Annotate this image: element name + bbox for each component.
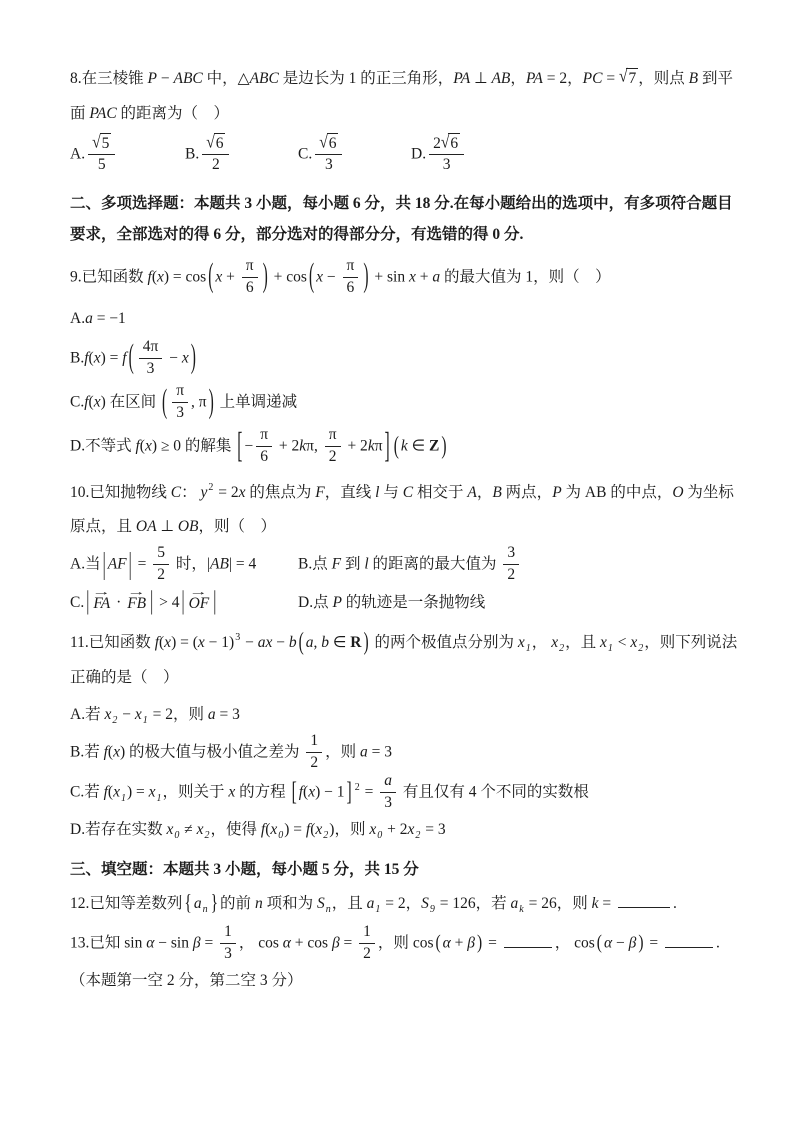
math-variable: β — [332, 935, 340, 952]
math-variable: S — [421, 895, 429, 912]
math-variable: F — [332, 556, 341, 573]
text-run: ，则 — [173, 706, 208, 723]
math-variable: x — [551, 634, 558, 651]
math-delimiter: ( — [208, 260, 213, 294]
math-text: 5 — [157, 544, 165, 561]
math-text: 6 — [216, 135, 224, 152]
fraction-numerator: 2√6 — [429, 133, 464, 156]
math-subscript: 1 — [375, 904, 380, 915]
math-variable: ABC — [173, 70, 202, 87]
math-delimiter: ( — [309, 260, 314, 294]
text-run: 的前 — [220, 895, 255, 912]
q10-options-row2-col-1: D.点 P 的轨迹是一条抛物线 — [298, 586, 740, 621]
q8-options-col-2: C.√63 — [298, 134, 411, 176]
math-variable: x — [369, 821, 376, 838]
math-variable: O — [672, 484, 683, 501]
q10-options-row1-col-0: A.当|AF| = 52 时，|AB| = 4 — [70, 545, 298, 585]
math-text: > 4 — [155, 594, 179, 611]
math-subscript: 1 — [157, 793, 162, 804]
q10-options-row1-col-1: B.点 F 到 l 的距离的最大值为 32 — [298, 545, 740, 585]
math-variable: AB — [491, 70, 510, 87]
math-text: 5 — [98, 156, 106, 173]
math-variable: C — [171, 484, 181, 501]
math-variable: ax — [258, 634, 273, 651]
math-delimiter: ( — [129, 341, 134, 375]
math-text: 3 — [443, 156, 451, 173]
math-text: 2 — [329, 448, 337, 465]
text-run: 与 — [379, 484, 402, 501]
math-delimiter: ) — [363, 260, 368, 294]
math-text: = — [361, 784, 378, 801]
math-delimiter: [ — [292, 779, 297, 805]
math-subscript: 1 — [121, 793, 126, 804]
fraction-denominator: 2 — [202, 155, 229, 175]
math-variable: α — [604, 935, 612, 952]
math-variable: a — [384, 772, 392, 789]
q8-options-col-0: A.√55 — [70, 134, 185, 176]
fraction-numerator: π — [325, 426, 341, 447]
math-text: = 2 — [214, 484, 238, 501]
math-variable: x — [518, 634, 525, 651]
fraction-denominator: 3 — [315, 155, 342, 175]
text-run: A.当 — [70, 556, 101, 573]
radical-sign-icon: √ — [441, 133, 450, 154]
text-run: ，且 — [332, 895, 367, 912]
math-subscript: 1 — [526, 643, 531, 654]
text-run: D. — [411, 145, 426, 162]
text-run: A. — [70, 145, 85, 162]
math-text: ⊥ — [470, 70, 491, 87]
math-text: 3 — [224, 945, 232, 962]
math-subscript: 0 — [377, 830, 382, 841]
math-fraction: π6 — [242, 257, 258, 297]
math-bold-set-symbol: R — [350, 634, 361, 651]
math-text: 2 — [433, 135, 441, 152]
math-variable: x — [113, 784, 120, 801]
text-run: 12.已知等差数列 — [70, 895, 182, 912]
math-subscript: 2 — [415, 830, 420, 841]
math-variable: x — [149, 784, 156, 801]
fraction-denominator: 5 — [88, 155, 115, 175]
math-text: ) = — [284, 821, 306, 838]
answer-blank — [504, 932, 552, 948]
math-fraction: π3 — [172, 382, 188, 422]
math-text: = 26 — [525, 895, 557, 912]
math-text: π — [176, 382, 184, 399]
math-variable: a — [208, 706, 216, 723]
q10-stem: 10.已知抛物线 C： y2 = 2x 的焦点为 F，直线 l 与 C 相交于 … — [70, 476, 740, 546]
math-text: = 3 — [421, 821, 445, 838]
math-variable: x — [197, 821, 204, 838]
math-fraction: π2 — [325, 426, 341, 466]
math-variable: x — [316, 269, 323, 286]
q13-stem: 13.已知 sin α − sin β = 13， cos α + cos β … — [70, 924, 740, 999]
fraction-denominator: 3 — [429, 155, 464, 175]
math-delimiter: ( — [394, 434, 399, 459]
math-text: = −1 — [93, 310, 126, 327]
fraction-denominator: 2 — [306, 753, 322, 773]
math-variable: x — [408, 821, 415, 838]
math-delimiter: | — [150, 589, 153, 615]
text-run: ，则 — [325, 744, 360, 761]
text-run: ，直线 — [325, 484, 375, 501]
q9-stem: 9.已知函数 f(x) = cos(x + π6) + cos(x − π6) … — [70, 258, 740, 298]
math-variable: β — [467, 935, 475, 952]
fraction-denominator: 3 — [380, 793, 396, 813]
answer-blank — [618, 892, 670, 908]
q11-option-d: D.若存在实数 x0 ≠ x2，使得 f(x0) = f(x2)，则 x0 + … — [70, 813, 740, 848]
fraction-numerator: √5 — [88, 133, 115, 156]
math-subscript: k — [519, 904, 523, 915]
math-text: = 2 — [149, 706, 173, 723]
math-fraction: 12 — [306, 732, 322, 772]
math-text: 2 — [363, 945, 371, 962]
math-variable: k — [401, 438, 408, 455]
math-text: 6 — [450, 135, 458, 152]
math-variable: a — [194, 895, 202, 912]
math-subscript: 2 — [112, 715, 117, 726]
math-text: + — [451, 935, 468, 952]
math-fraction: √63 — [315, 133, 342, 175]
text-run: ，若 — [476, 895, 511, 912]
math-text: π — [375, 438, 383, 455]
q8-options-col-1: B.√62 — [185, 134, 298, 176]
math-variable: B — [689, 70, 698, 87]
math-fraction: 12 — [359, 923, 375, 963]
math-vector: →FA — [93, 589, 110, 612]
text-run: 到 — [341, 556, 364, 573]
math-variable: AF — [108, 556, 127, 573]
text-run: 有且仅有 — [399, 784, 469, 801]
math-text: < — [614, 634, 631, 651]
math-delimiter: ) — [263, 260, 268, 294]
math-text: − — [323, 269, 340, 286]
math-radical: √6 — [319, 133, 338, 154]
radical-body: 7 — [626, 68, 638, 88]
fraction-denominator: 2 — [325, 447, 341, 467]
vector-body: FA — [93, 596, 110, 612]
text-run: ，则（ ） — [533, 269, 611, 286]
fraction-denominator: 3 — [220, 944, 236, 964]
math-variable: α — [443, 935, 451, 952]
math-text: − 1) — [205, 634, 234, 651]
math-delimiter: ) — [638, 933, 643, 953]
text-run: 13.已知 — [70, 935, 124, 952]
math-text: 2 — [212, 156, 220, 173]
radical-body: 6 — [327, 133, 339, 153]
math-delimiter: ) — [477, 933, 482, 953]
fraction-numerator: √6 — [202, 133, 229, 156]
math-fraction: 52 — [153, 544, 169, 584]
text-run: 的两个极值点分别为 — [371, 634, 518, 651]
math-text: 1 — [525, 269, 533, 286]
math-variable: k — [368, 438, 375, 455]
text-run: 的焦点为 — [246, 484, 316, 501]
math-subscript: 0 — [278, 830, 283, 841]
math-text: = — [645, 935, 662, 952]
math-superscript: 3 — [235, 632, 240, 643]
math-text: − — [165, 350, 182, 367]
math-text: + cos — [291, 935, 332, 952]
math-text: − — [241, 634, 258, 651]
math-text: = 3 — [216, 706, 240, 723]
math-variable: OA — [136, 518, 157, 535]
radical-body: 6 — [448, 133, 460, 153]
math-delimiter: } — [211, 893, 218, 915]
math-superscript: 2 — [355, 782, 360, 793]
math-variable: AB — [210, 556, 229, 573]
math-variable: C — [403, 484, 413, 501]
math-delimiter: | — [213, 589, 216, 615]
math-text: 3 — [507, 544, 515, 561]
text-run: 的正三角形， — [356, 70, 453, 87]
math-variable: β — [629, 935, 637, 952]
math-delimiter: ( — [299, 630, 304, 655]
math-text: 2 — [507, 566, 515, 583]
text-run: ，则关于 — [163, 784, 229, 801]
math-radical: √6 — [206, 133, 225, 154]
document-body: 8.在三棱锥 P − ABC 中，△ABC 是边长为 1 的正三角形，PA ⊥ … — [70, 62, 740, 999]
math-fraction: a3 — [380, 772, 396, 812]
q8-options-col-3: D.2√63 — [411, 134, 740, 176]
fraction-denominator: 3 — [139, 359, 163, 379]
math-text: + 2 — [344, 438, 368, 455]
text-run: A.若 — [70, 706, 104, 723]
math-variable: P — [148, 70, 157, 87]
math-text: ) = cos — [164, 269, 206, 286]
q12-stem: 12.已知等差数列{an}的前 n 项和为 Sn，且 a1 = 2，S9 = 1… — [70, 887, 740, 922]
text-run: 相交于 — [413, 484, 467, 501]
math-text: 1 — [224, 923, 232, 940]
math-variable: x — [135, 706, 142, 723]
math-variable: α — [283, 935, 291, 952]
text-run: B.点 — [298, 556, 332, 573]
math-text: = 3 — [368, 744, 392, 761]
math-delimiter: ( — [435, 933, 440, 953]
text-run: ，则 — [557, 895, 592, 912]
math-text: 6 — [329, 135, 337, 152]
math-text: − — [118, 706, 135, 723]
text-run: B. — [70, 350, 84, 367]
text-run: C. — [298, 145, 312, 162]
math-subscript: 9 — [430, 904, 435, 915]
math-variable: b — [321, 634, 329, 651]
fraction-numerator: 1 — [220, 923, 236, 944]
math-variable: x — [198, 634, 205, 651]
text-run: D.点 — [298, 594, 332, 611]
math-variable: ABC — [250, 70, 279, 87]
math-text: + 2 — [383, 821, 407, 838]
text-run: 是边长为 — [279, 70, 349, 87]
math-text: , π — [191, 394, 207, 411]
math-text: + — [416, 269, 433, 286]
math-variable: B — [492, 484, 501, 501]
math-subscript: 2 — [323, 830, 328, 841]
text-run: 10.已知抛物线 — [70, 484, 171, 501]
text-run: 的极大值与极小值之差为 — [125, 744, 303, 761]
math-radical: √5 — [92, 133, 111, 154]
math-text: π — [260, 426, 268, 443]
fraction-numerator: 1 — [306, 732, 322, 753]
math-subscript: 2 — [559, 643, 564, 654]
math-text: · — [112, 594, 125, 611]
math-subscript: 1 — [608, 643, 613, 654]
math-fraction: π6 — [256, 426, 272, 466]
math-variable: x — [104, 706, 111, 723]
math-variable: A — [467, 484, 476, 501]
text-run: B. — [185, 145, 199, 162]
math-text: = 2 — [381, 895, 405, 912]
text-run: 个不同的实数根 — [476, 784, 588, 801]
vector-arrow-icon: → — [92, 589, 111, 596]
math-variable: x — [157, 269, 164, 286]
math-text: − — [612, 935, 629, 952]
math-text: ) − 1 — [315, 784, 344, 801]
math-variable: x — [166, 821, 173, 838]
text-run: D.不等式 — [70, 438, 135, 455]
text-run: ， — [510, 70, 526, 87]
exam-page: 8.在三棱锥 P − ABC 中，△ABC 是边长为 1 的正三角形，PA ⊥ … — [0, 0, 800, 1131]
math-variable: OB — [178, 518, 199, 535]
radical-body: 5 — [100, 133, 112, 153]
fraction-numerator: 1 — [359, 923, 375, 944]
text-run: ，则 — [378, 935, 413, 952]
math-delimiter: | — [103, 549, 106, 580]
math-variable: PA — [453, 70, 470, 87]
math-text: ) ≥ 0 — [152, 438, 181, 455]
radical-sign-icon: √ — [92, 133, 101, 154]
math-fraction: 32 — [503, 544, 519, 584]
radical-sign-icon: √ — [319, 133, 328, 154]
math-text: π — [347, 257, 355, 274]
fraction-numerator: a — [380, 772, 396, 793]
text-run: ，且 — [565, 634, 600, 651]
sec3-header: 三、填空题：本题共 3 小题，每小题 5 分，共 15 分 — [70, 854, 740, 885]
math-text: = — [340, 935, 357, 952]
fraction-numerator: √6 — [315, 133, 342, 156]
math-subscript: 2 — [205, 830, 210, 841]
math-delimiter: | — [129, 549, 132, 580]
vector-arrow-icon: → — [127, 589, 146, 596]
text-run: ，使得 — [211, 821, 261, 838]
math-text: 1 — [363, 923, 371, 940]
math-text: 3 — [176, 404, 184, 421]
text-run: B.若 — [70, 744, 104, 761]
math-text: = — [598, 895, 615, 912]
text-run: 中，△ — [203, 70, 250, 87]
fraction-denominator: 6 — [242, 278, 258, 298]
text-run: 8.在三棱锥 — [70, 70, 148, 87]
text-run: ， — [555, 935, 574, 952]
text-run: 在区间 — [106, 394, 160, 411]
math-variable: a — [511, 895, 519, 912]
radical-sign-icon: √ — [619, 58, 628, 97]
math-fraction: √55 — [88, 133, 115, 175]
text-run: ： — [181, 484, 200, 501]
math-fraction: 4π3 — [139, 338, 163, 378]
math-text: . — [673, 895, 677, 912]
math-text: + — [222, 269, 239, 286]
math-text: = — [134, 556, 151, 573]
math-text: = 126 — [436, 895, 476, 912]
text-run: 的解集 — [181, 438, 235, 455]
text-run: 的方程 — [235, 784, 289, 801]
text-run: ， — [239, 935, 258, 952]
math-text: − — [157, 70, 174, 87]
math-delimiter: ) — [209, 385, 214, 419]
math-text: 3 — [384, 794, 392, 811]
math-variable: b — [289, 634, 297, 651]
math-variable: x — [270, 821, 277, 838]
math-fraction: 13 — [220, 923, 236, 963]
math-text: + sin — [371, 269, 409, 286]
text-run: 为 AB 的中点， — [562, 484, 673, 501]
math-variable: F — [315, 484, 324, 501]
answer-blank — [665, 932, 713, 948]
math-fraction: 2√63 — [429, 133, 464, 175]
math-text: . — [716, 935, 720, 952]
fraction-numerator: 3 — [503, 544, 519, 565]
text-run: 上单调递减 — [216, 394, 297, 411]
math-variable: S — [317, 895, 325, 912]
math-text: − — [272, 634, 289, 651]
math-text: = — [201, 935, 218, 952]
text-run: 9.已知函数 — [70, 269, 148, 286]
text-run: ，则（ ） — [199, 518, 277, 535]
math-fraction: π6 — [343, 257, 359, 297]
math-delimiter: | — [86, 589, 89, 615]
text-run: C. — [70, 394, 84, 411]
math-subscript: 1 — [143, 715, 148, 726]
math-variable: PA — [526, 70, 543, 87]
math-delimiter: ( — [162, 385, 167, 419]
math-variable: x — [113, 744, 120, 761]
math-vector: →FB — [127, 589, 146, 612]
text-run: 两点， — [502, 484, 552, 501]
math-variable: a — [360, 744, 368, 761]
q8-stem: 8.在三棱锥 P − ABC 中，△ABC 是边长为 1 的正三角形，PA ⊥ … — [70, 62, 740, 132]
math-text: = — [484, 935, 501, 952]
q8-options: A.√55B.√62C.√63D.2√63 — [70, 134, 740, 176]
radical-sign-icon: √ — [206, 133, 215, 154]
math-variable: P — [552, 484, 561, 501]
fraction-denominator: 6 — [256, 447, 272, 467]
text-run: ， — [406, 895, 422, 912]
math-delimiter: ) — [363, 630, 368, 655]
fraction-denominator: 6 — [343, 278, 359, 298]
math-variable: x — [600, 634, 607, 651]
text-run: D.若存在实数 — [70, 821, 166, 838]
q11-option-a: A.若 x2 − x1 = 2，则 a = 3 — [70, 698, 740, 733]
math-delimiter: { — [184, 893, 191, 915]
math-variable: x — [145, 438, 152, 455]
text-run: 的距离为（ ） — [117, 105, 229, 122]
math-subscript: 2 — [638, 643, 643, 654]
math-text: = — [602, 70, 619, 87]
text-run: ，则点 — [638, 70, 688, 87]
vector-arrow-icon: → — [190, 589, 209, 596]
math-variable: β — [193, 935, 201, 952]
vector-body: FB — [127, 596, 146, 612]
math-variable: x — [239, 484, 246, 501]
q9-option-a: A.a = −1 — [70, 302, 740, 337]
math-delimiter: [ — [237, 429, 242, 465]
math-vector: →OF — [189, 589, 210, 612]
math-text: π — [329, 426, 337, 443]
fraction-denominator: 3 — [172, 403, 188, 423]
math-variable: n — [255, 895, 263, 912]
math-delimiter: ] — [385, 429, 390, 465]
